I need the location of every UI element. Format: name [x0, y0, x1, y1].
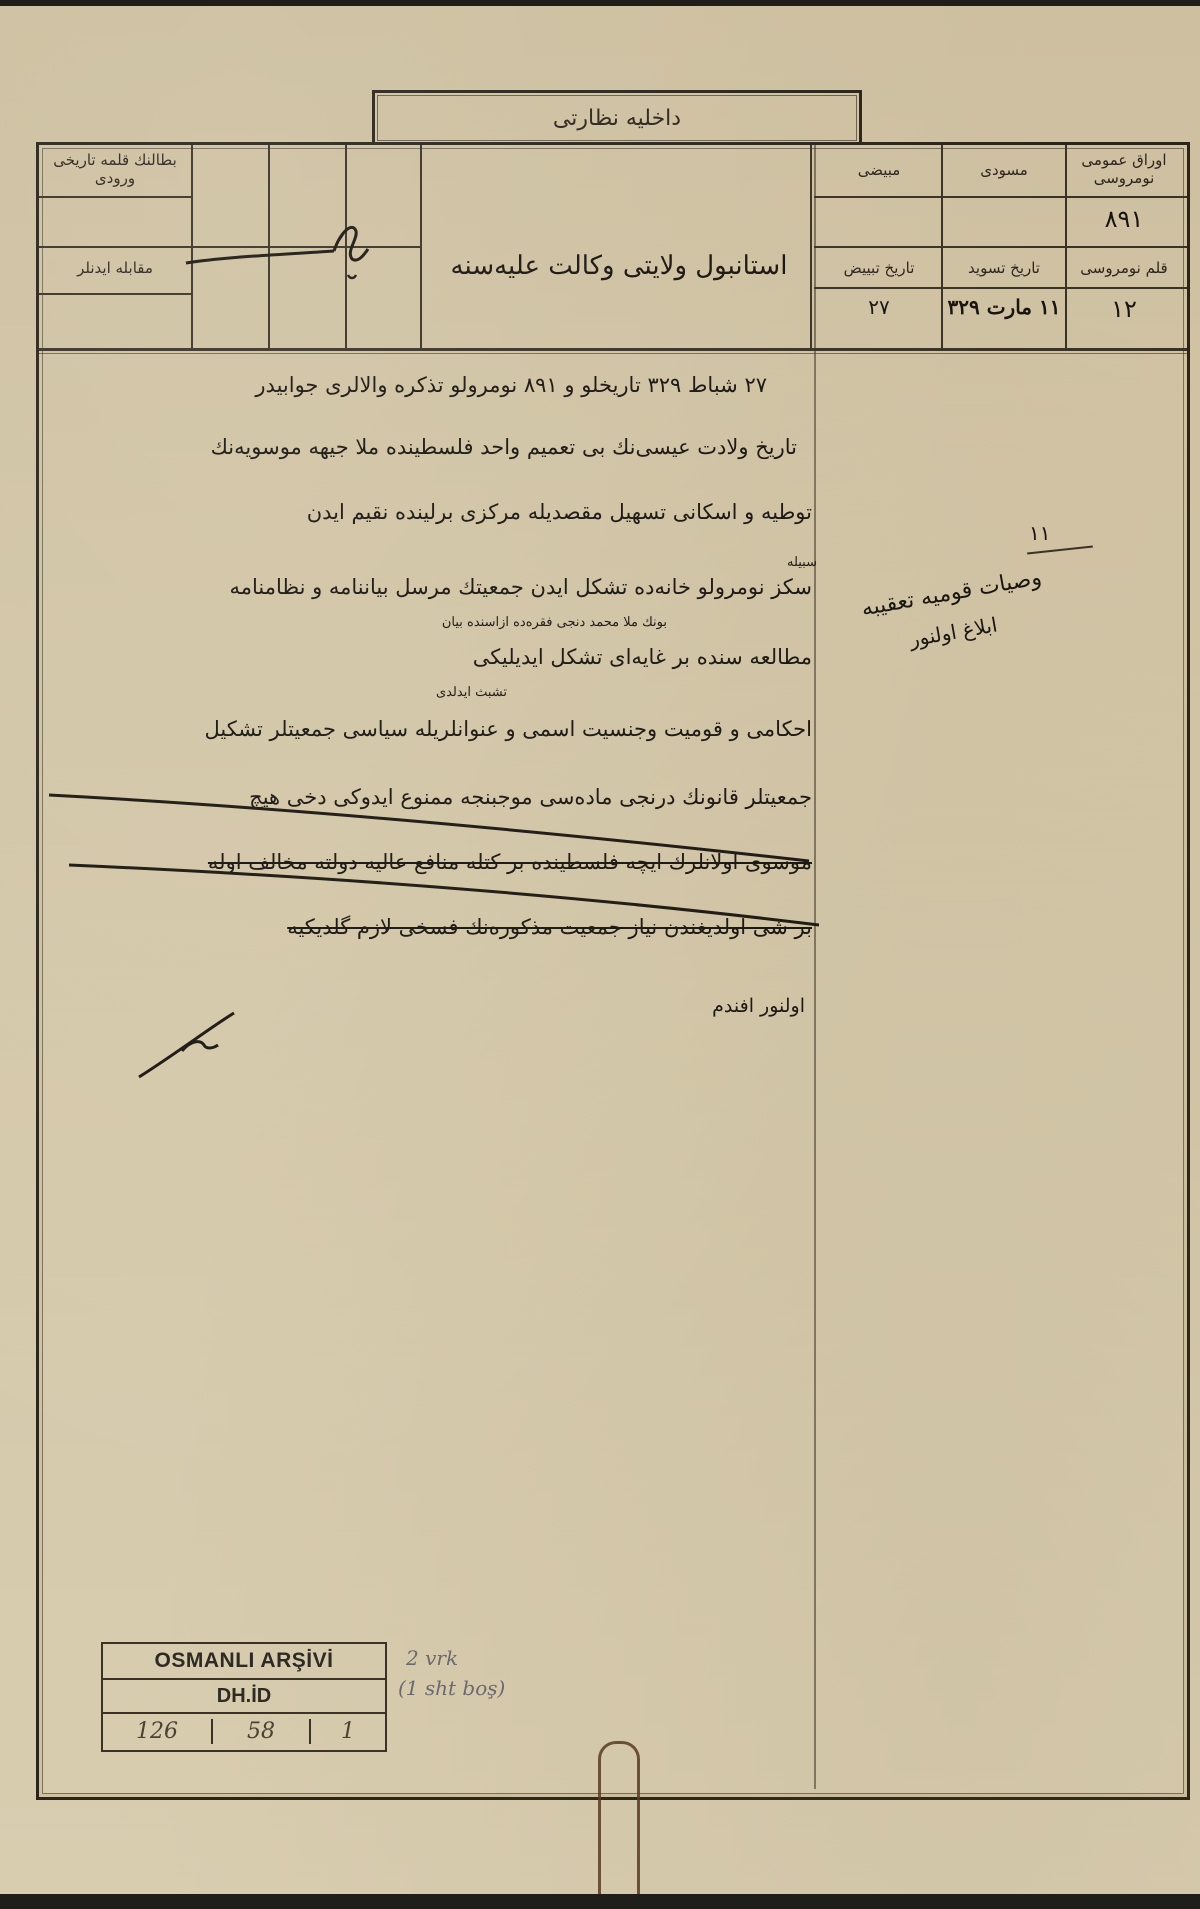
body-line-1: ۲۷ شباط ۳۲۹ تاریخلو و ۸۹۱ نومرولو تذکره … — [255, 373, 767, 397]
archive-box-number: 126 — [103, 1719, 213, 1744]
interlinear-note-3: تشبث ایدلدی — [436, 685, 507, 700]
form-frame: بطالنك قلمه تاریخی ورودی مقابله ایدنلر ا… — [36, 142, 1190, 1800]
margin-note-rule — [1027, 546, 1093, 555]
pencil-note-line-2: (1 sht boş) — [398, 1676, 505, 1700]
archive-file-number: 58 — [213, 1719, 311, 1744]
interlinear-note-2: بونك ملا محمد دنجی فقره‌ده ازاسنده بیان — [442, 615, 667, 630]
arrival-date-label: بطالنك قلمه تاریخی ورودی — [43, 151, 187, 187]
left-row-rule-1 — [39, 196, 191, 198]
drafter-label: مسودی — [945, 161, 1063, 179]
copy-date-value: ۲۷ — [818, 295, 940, 319]
margin-note-line-1: وصیات قومیه تعقیبه — [860, 565, 1044, 621]
body-line-2: تاریخ ولادت عیسی‌نك بی تعمیم واحد فلسطین… — [211, 435, 797, 459]
binding-string-icon — [598, 1741, 640, 1894]
collation-label: مقابله ایدنلر — [43, 259, 187, 277]
general-number-value: ۸۹۱ — [1069, 205, 1179, 233]
right-row-rule-2 — [814, 246, 1187, 248]
draft-date-label: تاریخ تسوید — [945, 259, 1063, 277]
archive-sheet-number: 1 — [311, 1719, 385, 1744]
copy-date-label: تاریخ تبییض — [818, 259, 940, 277]
body-line-4: سکز نومرولو خانه‌ده تشکل ایدن جمعیتك مرس… — [229, 575, 812, 599]
body-line-6: احکامی و قومیت وجنسیت اسمی و عنوانلریله … — [204, 717, 812, 741]
interlinear-note-1: سبیله — [787, 555, 817, 570]
draft-date-value: ۱۱ مارت ۳۲۹ — [945, 295, 1063, 319]
right-row-rule-1 — [814, 196, 1187, 198]
left-row-rule-3 — [39, 293, 191, 295]
document-page: داخلیه نظارتی بطالنك قلمه تاریخی ورودی م… — [0, 6, 1200, 1894]
office-number-label: قلم نومروسی — [1069, 259, 1179, 277]
subject-right-divider — [810, 145, 812, 348]
office-number-value: ۱۲ — [1069, 295, 1179, 323]
archive-stamp-fond: DH.İD — [103, 1680, 385, 1714]
ministry-title-box: داخلیه نظارتی — [372, 90, 862, 146]
margin-divider — [814, 145, 816, 1789]
pencil-note-line-1: 2 vrk — [406, 1646, 458, 1670]
general-number-label: اوراق عمومی نومروسی — [1069, 151, 1179, 187]
addressee-subject: استانبول ولایتی وکالت علیه‌سنه — [439, 251, 799, 281]
archive-stamp-numbers: 126 58 1 — [103, 1714, 385, 1748]
fair-copy-label: مبیضی — [818, 161, 940, 179]
body-line-5: مطالعه سنده بر غایه‌ای تشکل ایدیلیکی — [473, 645, 812, 669]
archive-stamp-title: OSMANLI ARŞİVİ — [103, 1644, 385, 1680]
strikeout-lines-icon — [39, 765, 819, 945]
initial-signature-icon — [184, 205, 384, 285]
header-bottom-rule — [39, 348, 1187, 351]
header-bottom-rule-thin — [39, 353, 1187, 354]
margin-note-number: ۱۱ — [1029, 521, 1050, 545]
right-row-rule-3 — [814, 287, 1187, 289]
archive-stamp: OSMANLI ARŞİVİ DH.İD 126 58 1 — [101, 1642, 387, 1752]
margin-note-line-2: ابلاغ اولنور — [908, 612, 1000, 651]
closing-phrase: اولنور افندم — [712, 995, 805, 1017]
signature-icon — [134, 1005, 254, 1085]
body-line-3: توطیه و اسکانی تسهیل مقصدیله مرکزی برلین… — [307, 500, 812, 524]
ministry-title: داخلیه نظارتی — [553, 106, 681, 131]
